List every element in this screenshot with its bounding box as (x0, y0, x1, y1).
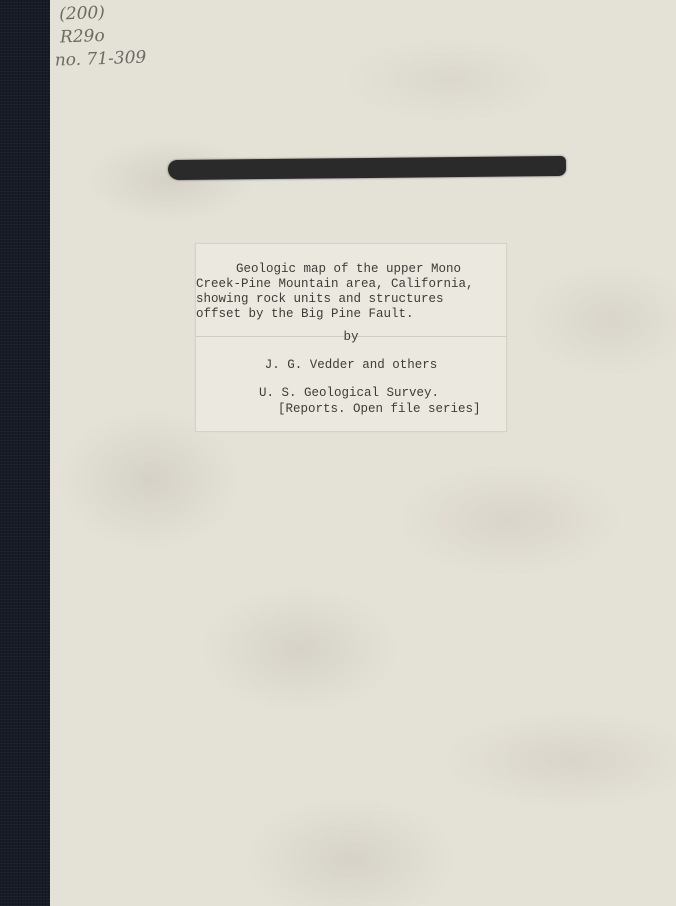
by-line: by (196, 330, 506, 345)
series: [Reports. Open file series] (278, 402, 481, 417)
title-line-1: Geologic map of the upper Mono (236, 262, 461, 276)
title-line-3: showing rock units and structures (196, 292, 444, 306)
author: J. G. Vedder and others (196, 358, 506, 373)
handwritten-note-1: (200) (59, 1, 145, 27)
document-title: Geologic map of the upper Mono Creek-Pin… (236, 262, 474, 322)
handwritten-note-2: R29o (60, 24, 146, 50)
redaction-bar (168, 156, 566, 180)
publisher: U. S. Geological Survey. (259, 386, 439, 401)
book-spine (0, 0, 50, 906)
handwritten-call-number: (200) R29o no. 71-309 (59, 1, 147, 73)
title-label: Geologic map of the upper Mono Creek-Pin… (195, 243, 507, 432)
marbled-cover (50, 0, 676, 906)
title-line-4: offset by the Big Pine Fault. (196, 307, 414, 321)
title-line-2: Creek-Pine Mountain area, California, (196, 277, 474, 291)
handwritten-note-3: no. 71-309 (54, 47, 146, 73)
